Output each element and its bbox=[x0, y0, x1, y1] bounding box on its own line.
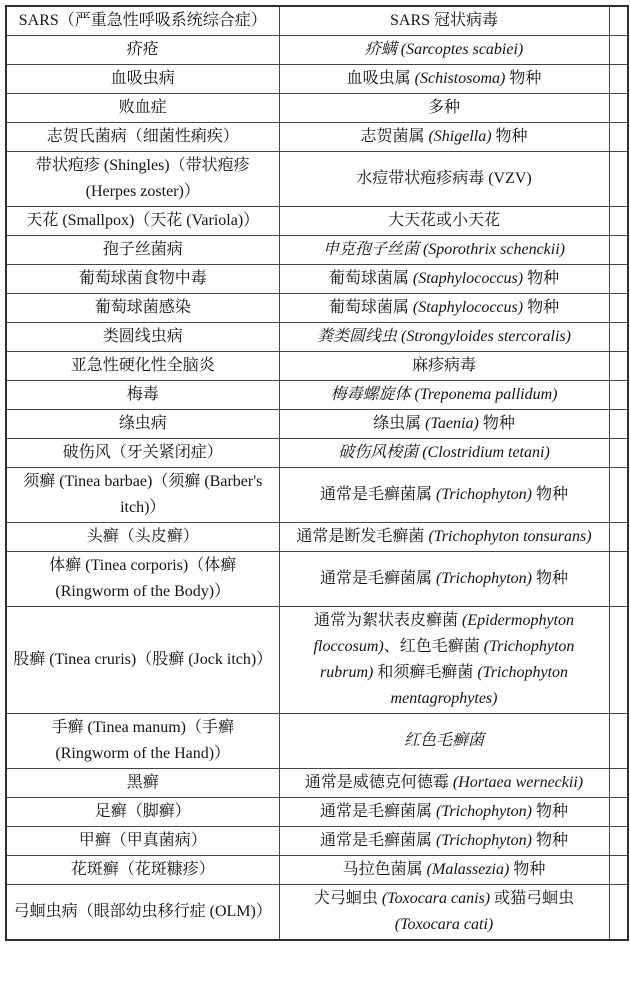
table-row: 败血症多种 bbox=[6, 94, 628, 123]
pathogen-cell: 绦虫属 (Taenia) 物种 bbox=[279, 410, 609, 439]
cell-text: 类圆线虫病 bbox=[103, 328, 183, 345]
table-row: 须癣 (Tinea barbae)（须癣 (Barber's itch)）通常是… bbox=[6, 468, 628, 523]
cell-text: 通常为絮状表皮癣菌 bbox=[314, 612, 462, 629]
latin-name-text: (Trichophyton) bbox=[436, 803, 532, 820]
latin-name-text: (Trichophyton) bbox=[436, 570, 532, 587]
cell-text: 物种 bbox=[523, 299, 559, 316]
latin-name-text: (Toxocara canis) bbox=[382, 890, 490, 907]
pathogen-cell: 梅毒螺旋体 (Treponema pallidum) bbox=[279, 381, 609, 410]
pathogen-cell: 通常为絮状表皮癣菌 (Epidermophyton floccosum)、红色毛… bbox=[279, 607, 609, 714]
cell-text: 绦虫属 bbox=[373, 415, 425, 432]
cell-text: 物种 bbox=[505, 70, 541, 87]
table-row: 葡萄球菌感染葡萄球菌属 (Staphylococcus) 物种 bbox=[6, 294, 628, 323]
spacer-cell bbox=[609, 265, 628, 294]
pathogen-cell: 犬弓蛔虫 (Toxocara canis) 或猫弓蛔虫 (Toxocara ca… bbox=[279, 885, 609, 941]
disease-cell: 足癣（脚癣） bbox=[6, 798, 279, 827]
cell-text: 犬弓蛔虫 bbox=[314, 890, 382, 907]
latin-name-text: (Trichophyton) bbox=[436, 486, 532, 503]
cell-text: 头癣（头皮癣） bbox=[87, 528, 199, 545]
disease-cell: 类圆线虫病 bbox=[6, 323, 279, 352]
cell-text: 物种 bbox=[532, 486, 568, 503]
spacer-cell bbox=[609, 714, 628, 769]
pathogen-cell: 葡萄球菌属 (Staphylococcus) 物种 bbox=[279, 294, 609, 323]
spacer-cell bbox=[609, 152, 628, 207]
cell-text: 体癣 (Tinea corporis)（体癣 (Ringworm of the … bbox=[49, 557, 236, 600]
cell-text: 血吸虫病 bbox=[111, 70, 175, 87]
cell-text: 疥疮 bbox=[127, 41, 159, 58]
cell-text: 大天花或小天花 bbox=[388, 212, 500, 229]
pathogen-cell: 申克孢子丝菌 (Sporothrix schenckii) bbox=[279, 236, 609, 265]
spacer-cell bbox=[609, 410, 628, 439]
pathogen-cell: 志贺菌属 (Shigella) 物种 bbox=[279, 123, 609, 152]
cell-text: 物种 bbox=[509, 861, 545, 878]
disease-cell: 头癣（头皮癣） bbox=[6, 523, 279, 552]
cell-text: 志贺菌属 bbox=[360, 128, 428, 145]
pathogen-cell: 大天花或小天花 bbox=[279, 207, 609, 236]
table-row: 葡萄球菌食物中毒葡萄球菌属 (Staphylococcus) 物种 bbox=[6, 265, 628, 294]
table-row: 手癣 (Tinea manum)（手癣 (Ringworm of the Han… bbox=[6, 714, 628, 769]
table-row: 梅毒梅毒螺旋体 (Treponema pallidum) bbox=[6, 381, 628, 410]
cell-text: 亚急性硬化性全脑炎 bbox=[71, 357, 215, 374]
cell-text: 绦虫病 bbox=[119, 415, 167, 432]
disease-cell: 绦虫病 bbox=[6, 410, 279, 439]
table-row: 体癣 (Tinea corporis)（体癣 (Ringworm of the … bbox=[6, 552, 628, 607]
cell-text: 通常是断发毛癣菌 bbox=[296, 528, 428, 545]
disease-cell: 血吸虫病 bbox=[6, 65, 279, 94]
pathogen-cell: 马拉色菌属 (Malassezia) 物种 bbox=[279, 856, 609, 885]
spacer-cell bbox=[609, 827, 628, 856]
latin-name-text: 疥螨 (Sarcoptes scabiei) bbox=[365, 41, 524, 58]
cell-text: 志贺氏菌病（细菌性痢疾） bbox=[47, 128, 239, 145]
pathogen-cell: 通常是断发毛癣菌 (Trichophyton tonsurans) bbox=[279, 523, 609, 552]
pathogen-cell: 血吸虫属 (Schistosoma) 物种 bbox=[279, 65, 609, 94]
pathogen-cell: 粪类圆线虫 (Strongyloides stercoralis) bbox=[279, 323, 609, 352]
spacer-cell bbox=[609, 769, 628, 798]
disease-cell: 花斑癣（花斑糠疹） bbox=[6, 856, 279, 885]
cell-text: 败血症 bbox=[119, 99, 167, 116]
pathogen-cell: 多种 bbox=[279, 94, 609, 123]
pathogen-cell: 麻疹病毒 bbox=[279, 352, 609, 381]
disease-cell: 手癣 (Tinea manum)（手癣 (Ringworm of the Han… bbox=[6, 714, 279, 769]
cell-text: 和须癣毛癣菌 bbox=[373, 664, 477, 681]
spacer-cell bbox=[609, 94, 628, 123]
cell-text: 物种 bbox=[479, 415, 515, 432]
cell-text: 麻疹病毒 bbox=[412, 357, 476, 374]
spacer-cell bbox=[609, 36, 628, 65]
latin-name-text: (Trichophyton) bbox=[436, 832, 532, 849]
spacer-cell bbox=[609, 885, 628, 941]
spacer-cell bbox=[609, 207, 628, 236]
cell-text: 或猫弓蛔虫 bbox=[490, 890, 574, 907]
latin-name-text: (Staphylococcus) bbox=[413, 299, 523, 316]
latin-name-text: (Taenia) bbox=[425, 415, 479, 432]
table-row: SARS（严重急性呼吸系统综合症）SARS 冠状病毒 bbox=[6, 6, 628, 36]
cell-text: 黑癣 bbox=[127, 774, 159, 791]
latin-name-text: 破伤风梭菌 (Clostridium tetani) bbox=[338, 444, 550, 461]
spacer-cell bbox=[609, 607, 628, 714]
spacer-cell bbox=[609, 381, 628, 410]
spacer-cell bbox=[609, 439, 628, 468]
cell-text: 手癣 (Tinea manum)（手癣 (Ringworm of the Han… bbox=[51, 719, 234, 762]
spacer-cell bbox=[609, 552, 628, 607]
cell-text: 物种 bbox=[532, 803, 568, 820]
spacer-cell bbox=[609, 6, 628, 36]
disease-cell: SARS（严重急性呼吸系统综合症） bbox=[6, 6, 279, 36]
disease-cell: 亚急性硬化性全脑炎 bbox=[6, 352, 279, 381]
spacer-cell bbox=[609, 323, 628, 352]
cell-text: 葡萄球菌属 bbox=[329, 270, 413, 287]
table-row: 志贺氏菌病（细菌性痢疾）志贺菌属 (Shigella) 物种 bbox=[6, 123, 628, 152]
cell-text: 通常是威德克何德霉 bbox=[305, 774, 453, 791]
spacer-cell bbox=[609, 294, 628, 323]
cell-text: 、红色毛癣菌 bbox=[384, 638, 484, 655]
table-row: 破伤风（牙关紧闭症）破伤风梭菌 (Clostridium tetani) bbox=[6, 439, 628, 468]
document-page: SARS（严重急性呼吸系统综合症）SARS 冠状病毒疥疮疥螨 (Sarcopte… bbox=[0, 0, 630, 1000]
table-row: 足癣（脚癣）通常是毛癣菌属 (Trichophyton) 物种 bbox=[6, 798, 628, 827]
table-row: 黑癣通常是威德克何德霉 (Hortaea werneckii) bbox=[6, 769, 628, 798]
latin-name-text: (Toxocara cati) bbox=[395, 916, 494, 933]
disease-cell: 带状疱疹 (Shingles)（带状疱疹 (Herpes zoster)） bbox=[6, 152, 279, 207]
pathogen-cell: 水痘带状疱疹病毒 (VZV) bbox=[279, 152, 609, 207]
latin-name-text: (Staphylococcus) bbox=[413, 270, 523, 287]
spacer-cell bbox=[609, 468, 628, 523]
latin-name-text: (Trichophyton tonsurans) bbox=[428, 528, 591, 545]
cell-text: 马拉色菌属 bbox=[343, 861, 427, 878]
disease-cell: 疥疮 bbox=[6, 36, 279, 65]
spacer-cell bbox=[609, 523, 628, 552]
cell-text: 股癣 (Tinea cruris)（股癣 (Jock itch)） bbox=[13, 651, 272, 668]
pathogen-cell: 通常是毛癣菌属 (Trichophyton) 物种 bbox=[279, 552, 609, 607]
cell-text: 葡萄球菌属 bbox=[329, 299, 413, 316]
table-row: 类圆线虫病粪类圆线虫 (Strongyloides stercoralis) bbox=[6, 323, 628, 352]
disease-cell: 黑癣 bbox=[6, 769, 279, 798]
cell-text: 破伤风（牙关紧闭症） bbox=[63, 444, 223, 461]
disease-cell: 天花 (Smallpox)（天花 (Variola)） bbox=[6, 207, 279, 236]
cell-text: 葡萄球菌食物中毒 bbox=[79, 270, 207, 287]
disease-cell: 破伤风（牙关紧闭症） bbox=[6, 439, 279, 468]
cell-text: 孢子丝菌病 bbox=[103, 241, 183, 258]
disease-pathogen-table: SARS（严重急性呼吸系统综合症）SARS 冠状病毒疥疮疥螨 (Sarcopte… bbox=[5, 5, 629, 941]
spacer-cell bbox=[609, 236, 628, 265]
pathogen-cell: 红色毛癣菌 bbox=[279, 714, 609, 769]
disease-cell: 甲癣（甲真菌病） bbox=[6, 827, 279, 856]
spacer-cell bbox=[609, 65, 628, 94]
disease-cell: 孢子丝菌病 bbox=[6, 236, 279, 265]
table-row: 天花 (Smallpox)（天花 (Variola)）大天花或小天花 bbox=[6, 207, 628, 236]
cell-text: 天花 (Smallpox)（天花 (Variola)） bbox=[26, 212, 259, 229]
latin-name-text: 申克孢子丝菌 (Sporothrix schenckii) bbox=[323, 241, 565, 258]
cell-text: 物种 bbox=[532, 832, 568, 849]
cell-text: 花斑癣（花斑糠疹） bbox=[71, 861, 215, 878]
pathogen-cell: 通常是威德克何德霉 (Hortaea werneckii) bbox=[279, 769, 609, 798]
disease-cell: 志贺氏菌病（细菌性痢疾） bbox=[6, 123, 279, 152]
table-row: 孢子丝菌病申克孢子丝菌 (Sporothrix schenckii) bbox=[6, 236, 628, 265]
cell-text: 物种 bbox=[523, 270, 559, 287]
cell-text: 通常是毛癣菌属 bbox=[320, 570, 436, 587]
table-row: 花斑癣（花斑糠疹）马拉色菌属 (Malassezia) 物种 bbox=[6, 856, 628, 885]
pathogen-cell: 破伤风梭菌 (Clostridium tetani) bbox=[279, 439, 609, 468]
latin-name-text: 红色毛癣菌 bbox=[404, 732, 484, 749]
table-row: 血吸虫病血吸虫属 (Schistosoma) 物种 bbox=[6, 65, 628, 94]
disease-cell: 梅毒 bbox=[6, 381, 279, 410]
cell-text: 带状疱疹 (Shingles)（带状疱疹 (Herpes zoster)） bbox=[36, 157, 250, 200]
cell-text: SARS（严重急性呼吸系统综合症） bbox=[19, 12, 267, 29]
cell-text: 梅毒 bbox=[127, 386, 159, 403]
disease-cell: 葡萄球菌感染 bbox=[6, 294, 279, 323]
latin-name-text: (Malassezia) bbox=[427, 861, 510, 878]
disease-cell: 败血症 bbox=[6, 94, 279, 123]
table-row: 带状疱疹 (Shingles)（带状疱疹 (Herpes zoster)）水痘带… bbox=[6, 152, 628, 207]
latin-name-text: 梅毒螺旋体 (Treponema pallidum) bbox=[331, 386, 558, 403]
latin-name-text: 粪类圆线虫 (Strongyloides stercoralis) bbox=[317, 328, 571, 345]
table-row: 股癣 (Tinea cruris)（股癣 (Jock itch)）通常为絮状表皮… bbox=[6, 607, 628, 714]
cell-text: 通常是毛癣菌属 bbox=[320, 486, 436, 503]
disease-cell: 体癣 (Tinea corporis)（体癣 (Ringworm of the … bbox=[6, 552, 279, 607]
pathogen-cell: 葡萄球菌属 (Staphylococcus) 物种 bbox=[279, 265, 609, 294]
latin-name-text: (Shigella) bbox=[428, 128, 491, 145]
cell-text: SARS 冠状病毒 bbox=[390, 12, 498, 29]
pathogen-cell: 通常是毛癣菌属 (Trichophyton) 物种 bbox=[279, 798, 609, 827]
cell-text: 水痘带状疱疹病毒 (VZV) bbox=[356, 170, 532, 187]
table-row: 甲癣（甲真菌病）通常是毛癣菌属 (Trichophyton) 物种 bbox=[6, 827, 628, 856]
pathogen-cell: 通常是毛癣菌属 (Trichophyton) 物种 bbox=[279, 827, 609, 856]
pathogen-cell: 疥螨 (Sarcoptes scabiei) bbox=[279, 36, 609, 65]
cell-text: 物种 bbox=[492, 128, 528, 145]
table-row: 头癣（头皮癣）通常是断发毛癣菌 (Trichophyton tonsurans) bbox=[6, 523, 628, 552]
cell-text: 须癣 (Tinea barbae)（须癣 (Barber's itch)） bbox=[23, 473, 262, 516]
table-row: 弓蛔虫病（眼部幼虫移行症 (OLM)）犬弓蛔虫 (Toxocara canis)… bbox=[6, 885, 628, 941]
cell-text: 葡萄球菌感染 bbox=[95, 299, 191, 316]
cell-text: 弓蛔虫病（眼部幼虫移行症 (OLM)） bbox=[14, 903, 272, 920]
cell-text: 血吸虫属 bbox=[347, 70, 415, 87]
spacer-cell bbox=[609, 798, 628, 827]
spacer-cell bbox=[609, 123, 628, 152]
cell-text: 物种 bbox=[532, 570, 568, 587]
table-body: SARS（严重急性呼吸系统综合症）SARS 冠状病毒疥疮疥螨 (Sarcopte… bbox=[6, 6, 628, 940]
table-row: 绦虫病绦虫属 (Taenia) 物种 bbox=[6, 410, 628, 439]
disease-cell: 葡萄球菌食物中毒 bbox=[6, 265, 279, 294]
cell-text: 足癣（脚癣） bbox=[95, 803, 191, 820]
spacer-cell bbox=[609, 856, 628, 885]
cell-text: 甲癣（甲真菌病） bbox=[79, 832, 207, 849]
disease-cell: 弓蛔虫病（眼部幼虫移行症 (OLM)） bbox=[6, 885, 279, 941]
latin-name-text: (Schistosoma) bbox=[415, 70, 506, 87]
pathogen-cell: 通常是毛癣菌属 (Trichophyton) 物种 bbox=[279, 468, 609, 523]
table-row: 亚急性硬化性全脑炎麻疹病毒 bbox=[6, 352, 628, 381]
disease-cell: 股癣 (Tinea cruris)（股癣 (Jock itch)） bbox=[6, 607, 279, 714]
pathogen-cell: SARS 冠状病毒 bbox=[279, 6, 609, 36]
disease-cell: 须癣 (Tinea barbae)（须癣 (Barber's itch)） bbox=[6, 468, 279, 523]
cell-text: 通常是毛癣菌属 bbox=[320, 832, 436, 849]
latin-name-text: (Hortaea werneckii) bbox=[453, 774, 583, 791]
cell-text: 通常是毛癣菌属 bbox=[320, 803, 436, 820]
spacer-cell bbox=[609, 352, 628, 381]
cell-text: 多种 bbox=[428, 99, 460, 116]
table-row: 疥疮疥螨 (Sarcoptes scabiei) bbox=[6, 36, 628, 65]
